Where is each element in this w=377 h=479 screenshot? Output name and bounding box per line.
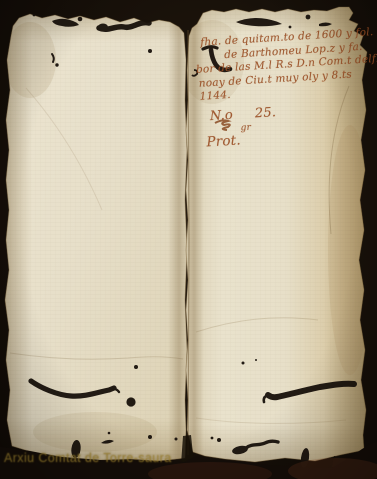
ink-dot — [78, 17, 83, 22]
ink-dot — [306, 15, 311, 20]
ink-dot — [33, 14, 36, 17]
ink-dot — [211, 437, 214, 440]
ink-dot — [108, 432, 111, 435]
ink-dot — [148, 435, 152, 439]
ink-dot — [242, 362, 245, 365]
handwriting-block: fha. de quitam.to de 1600 y fol. de Bart… — [194, 24, 377, 149]
number-value: 25. — [254, 105, 276, 121]
ink-dot — [289, 26, 292, 29]
ink-dot — [255, 359, 257, 361]
ink-dot — [134, 365, 138, 369]
manuscript-photo: fha. de quitam.to de 1600 y fol. de Bart… — [0, 0, 377, 479]
ink-dot — [126, 397, 135, 406]
archive-watermark: Arxiu Comtat de Torre-saura — [4, 451, 172, 465]
number-label: N.o — [209, 107, 233, 123]
ink-blot — [98, 24, 108, 31]
ink-dot — [148, 49, 152, 53]
ink-dot — [55, 63, 58, 66]
ink-dot — [175, 438, 178, 441]
ink-dot — [217, 438, 221, 442]
